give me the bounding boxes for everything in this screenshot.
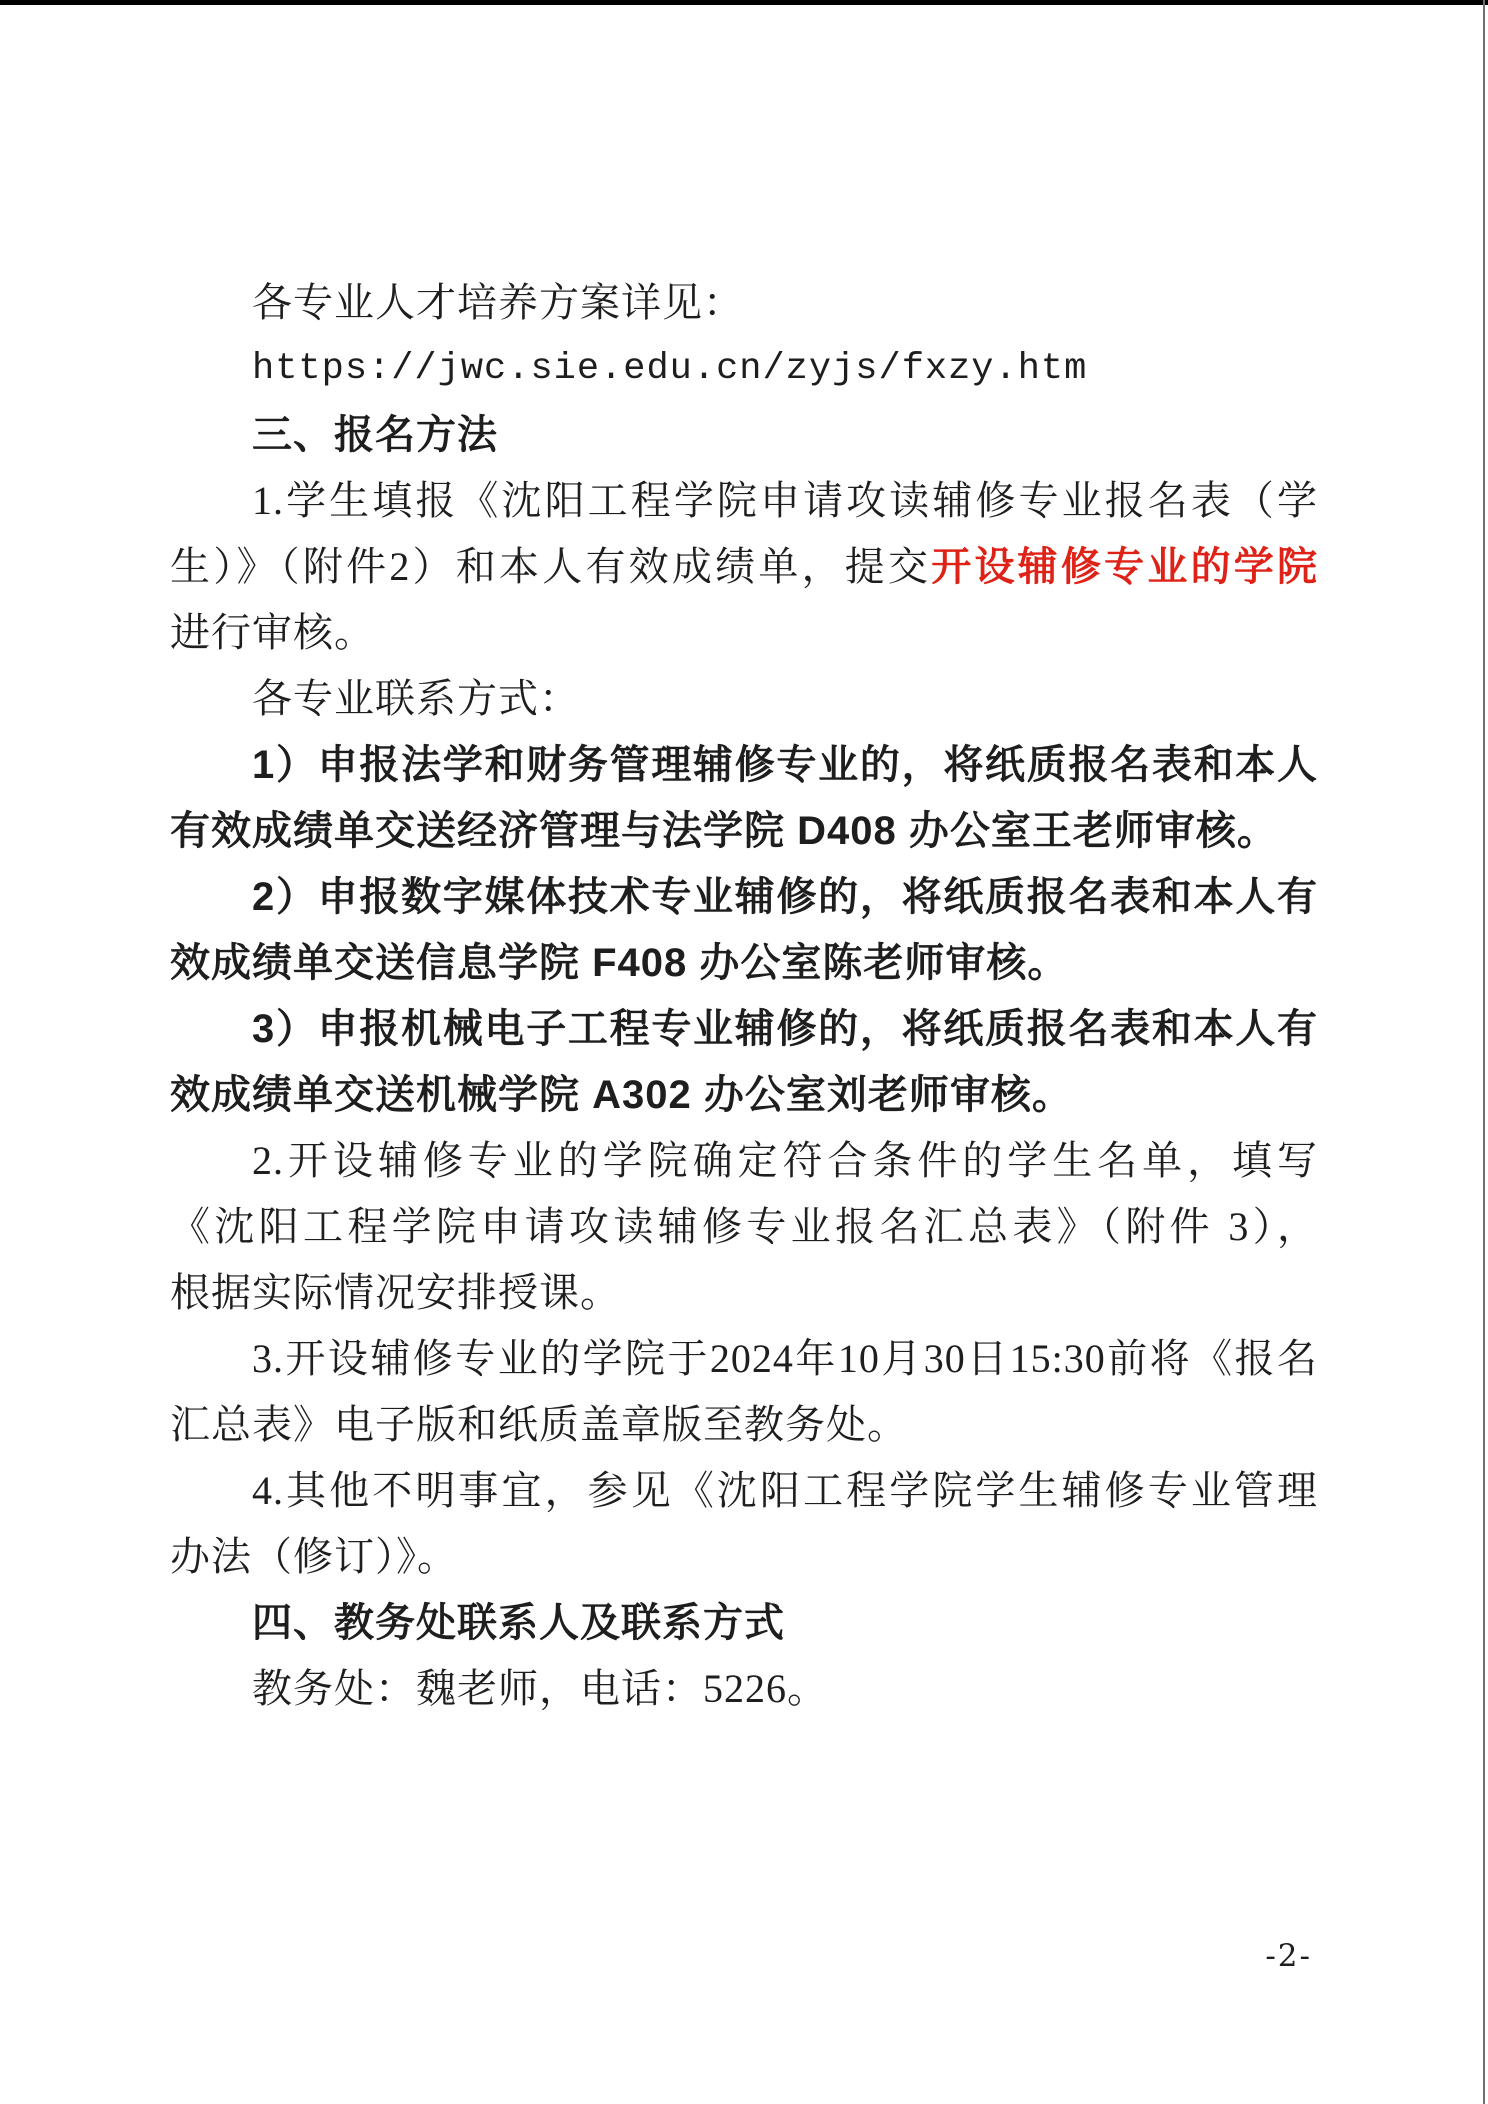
document-line: 4.其他不明事宜，参见《沈阳工程学院学生辅修专业管理 xyxy=(170,1458,1318,1524)
document-line: 2）申报数字媒体技术专业辅修的，将纸质报名表和本人有 xyxy=(170,864,1318,930)
section-heading-line: 四、教务处联系人及联系方式 xyxy=(170,1590,1318,1656)
text-segment: 效成绩单交送信息学院 F408 办公室陈老师审核。 xyxy=(170,941,1068,985)
text-segment: 1）申报法学和财务管理辅修专业的，将纸质报名表和本人 xyxy=(252,743,1318,787)
document-line: 根据实际情况安排授课。 xyxy=(170,1260,1318,1326)
text-segment: 四、教务处联系人及联系方式 xyxy=(252,1601,785,1645)
text-segment: 1.学生填报《沈阳工程学院申请攻读辅修专业报名表（学 xyxy=(252,478,1318,523)
text-segment: 三、报名方法 xyxy=(252,413,498,457)
document-line: 各专业联系方式： xyxy=(170,666,1318,732)
document-line: 有效成绩单交送经济管理与法学院 D408 办公室王老师审核。 xyxy=(170,798,1318,864)
text-segment: 3.开设辅修专业的学院于2024年10月30日15:30前将《报名 xyxy=(252,1336,1318,1381)
text-segment: 4.其他不明事宜，参见《沈阳工程学院学生辅修专业管理 xyxy=(252,1468,1318,1513)
document-line: 1.学生填报《沈阳工程学院申请攻读辅修专业报名表（学 xyxy=(170,468,1318,534)
document-line: 汇总表》电子版和纸质盖章版至教务处。 xyxy=(170,1392,1318,1458)
document-line: 办法（修订）》。 xyxy=(170,1524,1318,1590)
highlighted-red-text: 开设辅修专业的学院 xyxy=(931,545,1318,589)
text-segment: 2）申报数字媒体技术专业辅修的，将纸质报名表和本人有 xyxy=(252,875,1318,919)
document-line: 1）申报法学和财务管理辅修专业的，将纸质报名表和本人 xyxy=(170,732,1318,798)
document-line: 进行审核。 xyxy=(170,600,1318,666)
text-segment: 2.开设辅修专业的学院确定符合条件的学生名单，填写 xyxy=(252,1138,1318,1183)
document-line: https://jwc.sie.edu.cn/zyjs/fxzy.htm xyxy=(170,336,1318,402)
text-segment: 各专业联系方式： xyxy=(252,676,580,721)
url-text: https://jwc.sie.edu.cn/zyjs/fxzy.htm xyxy=(252,348,1087,390)
document-line: 《沈阳工程学院申请攻读辅修专业报名汇总表》（附件 3）， xyxy=(170,1194,1318,1260)
text-segment: 各专业人才培养方案详见： xyxy=(252,280,744,325)
scan-artifact-top-edge xyxy=(0,0,1488,5)
document-page: 各专业人才培养方案详见：https://jwc.sie.edu.cn/zyjs/… xyxy=(0,0,1488,2104)
page-number: -2- xyxy=(1265,1936,1312,1976)
document-line: 2.开设辅修专业的学院确定符合条件的学生名单，填写 xyxy=(170,1128,1318,1194)
text-segment: 根据实际情况安排授课。 xyxy=(170,1270,621,1315)
text-segment: 《沈阳工程学院申请攻读辅修专业报名汇总表》（附件 3）， xyxy=(170,1204,1318,1249)
text-segment: 有效成绩单交送经济管理与法学院 D408 办公室王老师审核。 xyxy=(170,809,1278,853)
text-segment: 教务处：魏老师，电话：5226。 xyxy=(252,1666,828,1711)
document-line: 3）申报机械电子工程专业辅修的，将纸质报名表和本人有 xyxy=(170,996,1318,1062)
text-segment: 进行审核。 xyxy=(170,610,375,655)
text-segment: 汇总表》电子版和纸质盖章版至教务处。 xyxy=(170,1402,908,1447)
text-segment: 效成绩单交送机械学院 A302 办公室刘老师审核。 xyxy=(170,1073,1073,1117)
document-line: 各专业人才培养方案详见： xyxy=(170,270,1318,336)
document-line: 效成绩单交送信息学院 F408 办公室陈老师审核。 xyxy=(170,930,1318,996)
text-segment: 3）申报机械电子工程专业辅修的，将纸质报名表和本人有 xyxy=(252,1007,1318,1051)
text-segment: 生）》（附件2）和本人有效成绩单，提交 xyxy=(170,544,931,589)
section-heading-line: 三、报名方法 xyxy=(170,402,1318,468)
document-line: 效成绩单交送机械学院 A302 办公室刘老师审核。 xyxy=(170,1062,1318,1128)
document-line: 教务处：魏老师，电话：5226。 xyxy=(170,1656,1318,1722)
document-line: 生）》（附件2）和本人有效成绩单，提交开设辅修专业的学院 xyxy=(170,534,1318,600)
scan-artifact-right-edge xyxy=(1483,0,1485,2104)
document-body: 各专业人才培养方案详见：https://jwc.sie.edu.cn/zyjs/… xyxy=(170,270,1318,1722)
document-line: 3.开设辅修专业的学院于2024年10月30日15:30前将《报名 xyxy=(170,1326,1318,1392)
text-segment: 办法（修订）》。 xyxy=(170,1534,458,1579)
